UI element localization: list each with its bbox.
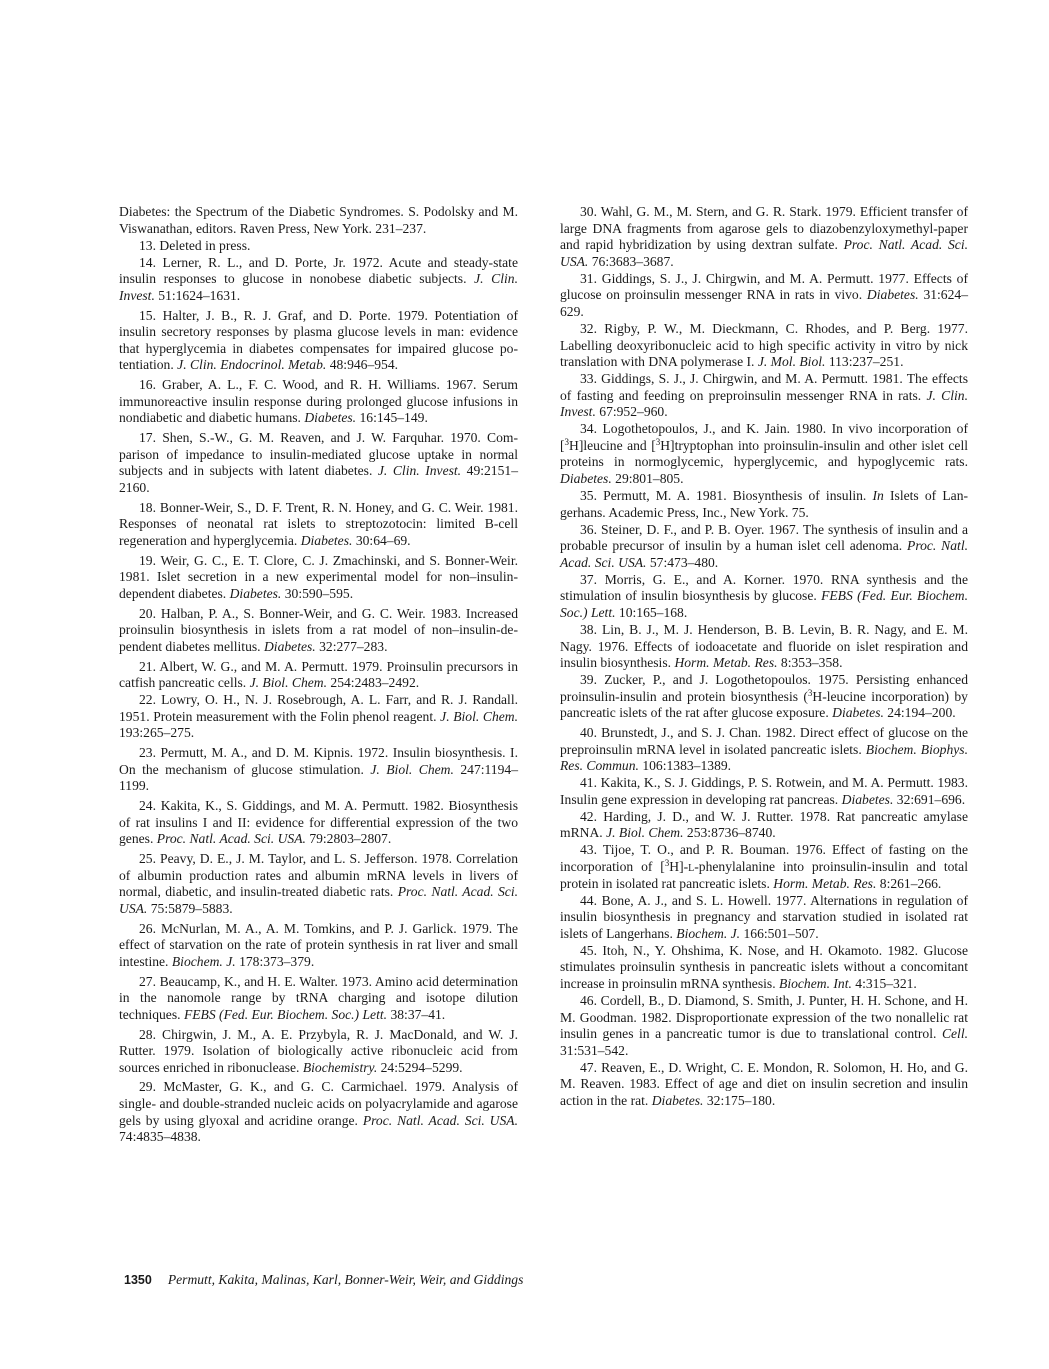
reference-citation: 57:473–480. bbox=[650, 555, 718, 570]
reference-citation: 8:261–266. bbox=[880, 876, 942, 891]
reference-20: 20. Halban, P. A., S. Bonner-Weir, and G… bbox=[119, 606, 518, 656]
reference-number: 33. bbox=[580, 371, 597, 386]
reference-number: 47. bbox=[580, 1060, 597, 1075]
reference-citation: 24:5294–5299. bbox=[381, 1060, 463, 1075]
reference-26: 26. McNurlan, M. A., A. M. Tomkins, and … bbox=[119, 921, 518, 971]
reference-citation: 48:946–954. bbox=[330, 357, 398, 372]
reference-citation: 253:8736–8740. bbox=[687, 825, 776, 840]
reference-18: 18. Bonner-Weir, S., D. F. Trent, R. N. … bbox=[119, 500, 518, 550]
reference-33: 33. Giddings, S. J., J. Chirgwin, and M.… bbox=[560, 371, 968, 421]
reference-number: 31. bbox=[580, 271, 597, 286]
reference-citation: 178:373–379. bbox=[239, 954, 314, 969]
reference-40: 40. Brunstedt, J., and S. J. Chan. 1982.… bbox=[560, 725, 968, 775]
journal-name: FEBS (Fed. Eur. Biochem. Soc.) Lett. bbox=[184, 1007, 387, 1022]
reference-citation: 193:265–275. bbox=[119, 725, 194, 740]
reference-24: 24. Kakita, K., S. Giddings, and M. A. P… bbox=[119, 798, 518, 848]
reference-citation: 32:175–180. bbox=[707, 1093, 775, 1108]
journal-name: Horm. Metab. Res. bbox=[674, 655, 777, 670]
journal-name: J. Biol. Chem. bbox=[440, 709, 518, 724]
reference-citation: 30:590–595. bbox=[285, 586, 353, 601]
reference-number: 37. bbox=[580, 572, 597, 587]
reference-text: Cordell, B., D. Diamond, S. Smith, J. Pu… bbox=[560, 993, 968, 1041]
reference-citation: 32:277–283. bbox=[319, 639, 387, 654]
journal-name: J. Biol. Chem. bbox=[250, 675, 327, 690]
reference-31: 31. Giddings, S. J., J. Chirgwin, and M.… bbox=[560, 271, 968, 321]
reference-22: 22. Lowry, O. H., N. J. Rosebrough, A. L… bbox=[119, 692, 518, 742]
journal-name: J. Biol. Chem. bbox=[370, 762, 454, 777]
reference-text: Permutt, M. A. 1981. Biosynthesis of ins… bbox=[603, 488, 866, 503]
reference-citation: 8:353–358. bbox=[781, 655, 843, 670]
journal-name: Diabetes. bbox=[867, 287, 919, 302]
reference-citation: 166:501–507. bbox=[743, 926, 818, 941]
journal-name: Diabetes. bbox=[560, 471, 612, 486]
reference-text: Permutt, M. A., and D. M. Kipnis. 1972. … bbox=[119, 745, 518, 777]
reference-19: 19. Weir, G. C., E. T. Clore, C. J. Zmac… bbox=[119, 553, 518, 603]
reference-17: 17. Shen, S.-W., G. M. Reaven, and J. W.… bbox=[119, 430, 518, 496]
reference-column-left: Diabetes: the Spectrum of the Diabetic S… bbox=[119, 204, 518, 1149]
reference-citation: 79:2803–2807. bbox=[309, 831, 391, 846]
reference-37: 37. Morris, G. E., and A. Korner. 1970. … bbox=[560, 572, 968, 622]
reference-citation: 254:2483–2492. bbox=[330, 675, 419, 690]
reference-42: 42. Harding, J. D., and W. J. Rutter. 19… bbox=[560, 809, 968, 842]
journal-name: Biochemistry. bbox=[303, 1060, 377, 1075]
reference-number: 45. bbox=[580, 943, 597, 958]
journal-name: Diabetes. bbox=[832, 705, 884, 720]
reference-number: 26. bbox=[139, 921, 156, 936]
reference-27: 27. Beaucamp, K., and H. E. Walter. 1973… bbox=[119, 974, 518, 1024]
reference-citation: 67:952–960. bbox=[599, 404, 667, 419]
journal-name: Proc. Natl. Acad. Sci. USA. bbox=[363, 1113, 518, 1128]
reference-34: 34. Logothetopoulos, J., and K. Jain. 19… bbox=[560, 421, 968, 487]
reference-number: 22. bbox=[139, 692, 156, 707]
reference-citation: 106:1383–1389. bbox=[642, 758, 731, 773]
journal-name: Biochem. J. bbox=[676, 926, 740, 941]
reference-number: 17. bbox=[139, 430, 156, 445]
reference-29: 29. McMaster, G. K., and G. C. Carmichae… bbox=[119, 1079, 518, 1145]
reference-46: 46. Cordell, B., D. Diamond, S. Smith, J… bbox=[560, 993, 968, 1059]
journal-name: Diabetes. bbox=[264, 639, 316, 654]
reference-citation: 16:145–149. bbox=[360, 410, 428, 425]
reference-number: 43. bbox=[580, 842, 597, 857]
reference-number: 14. bbox=[139, 255, 156, 270]
reference-number: 15. bbox=[139, 308, 156, 323]
journal-name: Horm. Metab. Res. bbox=[773, 876, 876, 891]
reference-44: 44. Bone, A. J., and S. L. Howell. 1977.… bbox=[560, 893, 968, 943]
reference-36: 36. Steiner, D. F., and P. B. Oyer. 1967… bbox=[560, 522, 968, 572]
reference-text: Lerner, R. L., and D. Porte, Jr. 1972. A… bbox=[119, 255, 518, 287]
reference-number: 13. bbox=[139, 238, 156, 253]
journal-name: Diabetes. bbox=[842, 792, 894, 807]
reference-number: 34. bbox=[580, 421, 597, 436]
reference-text: H]leucine and [ bbox=[569, 438, 656, 453]
reference-28: 28. Chirgwin, J. M., A. E. Przybyla, R. … bbox=[119, 1027, 518, 1077]
reference-number: 39. bbox=[580, 672, 597, 687]
reference-citation: 31:531–542. bbox=[560, 1043, 628, 1058]
reference-number: 27. bbox=[139, 974, 156, 989]
journal-name: J. Clin. Endocrinol. Metab. bbox=[177, 357, 326, 372]
reference-14: 14. Lerner, R. L., and D. Porte, Jr. 197… bbox=[119, 255, 518, 305]
reference-number: 25. bbox=[139, 851, 156, 866]
page-footer: 1350Permutt, Kakita, Malinas, Karl, Bonn… bbox=[124, 1272, 523, 1288]
reference-citation: 113:237–251. bbox=[829, 354, 904, 369]
reference-number: 46. bbox=[580, 993, 597, 1008]
reference-32: 32. Rigby, P. W., M. Dieckmann, C. Rhode… bbox=[560, 321, 968, 371]
reference-25: 25. Peavy, D. E., J. M. Taylor, and L. S… bbox=[119, 851, 518, 917]
reference-number: 29. bbox=[139, 1079, 156, 1094]
reference-38: 38. Lin, B. J., M. J. Henderson, B. B. L… bbox=[560, 622, 968, 672]
reference-text: Giddings, S. J., J. Chirgwin, and M. A. … bbox=[560, 371, 968, 403]
journal-name: Diabetes. bbox=[301, 533, 353, 548]
reference-number: 38. bbox=[580, 622, 597, 637]
journal-name: J. Clin. Invest. bbox=[378, 463, 461, 478]
reference-citation: 51:1624–1631. bbox=[158, 288, 240, 303]
reference-47: 47. Reaven, E., D. Wright, C. E. Mondon,… bbox=[560, 1060, 968, 1110]
reference-number: 44. bbox=[580, 893, 597, 908]
reference-number: 35. bbox=[580, 488, 597, 503]
reference-number: 24. bbox=[139, 798, 156, 813]
reference-23: 23. Permutt, M. A., and D. M. Kipnis. 19… bbox=[119, 745, 518, 795]
reference-text: Diabetes: the Spectrum of the Diabetic S… bbox=[119, 204, 518, 236]
running-head-authors: Permutt, Kakita, Malinas, Karl, Bonner-W… bbox=[168, 1272, 524, 1287]
reference-citation: 74:4835–4838. bbox=[119, 1129, 201, 1144]
reference-column-right: 30. Wahl, G. M., M. Stern, and G. R. Sta… bbox=[560, 204, 968, 1110]
journal-name: Diabetes. bbox=[652, 1093, 704, 1108]
journal-name: Cell. bbox=[942, 1026, 968, 1041]
reference-number: 20. bbox=[139, 606, 156, 621]
journal-name: Diabetes. bbox=[230, 586, 282, 601]
reference-45: 45. Itoh, N., Y. Ohshima, K. Nose, and H… bbox=[560, 943, 968, 993]
reference-citation: 29:801–805. bbox=[615, 471, 683, 486]
reference-number: 42. bbox=[580, 809, 597, 824]
reference-citation: 30:64–69. bbox=[356, 533, 411, 548]
reference-number: 16. bbox=[139, 377, 156, 392]
reference-citation: 4:315–321. bbox=[855, 976, 917, 991]
journal-name: Diabetes. bbox=[304, 410, 356, 425]
reference-16: 16. Graber, A. L., F. C. Wood, and R. H.… bbox=[119, 377, 518, 427]
journal-name: Biochem. Int. bbox=[779, 976, 852, 991]
reference-41: 41. Kakita, K., S. J. Giddings, P. S. Ro… bbox=[560, 775, 968, 808]
reference-number: 18. bbox=[139, 500, 156, 515]
reference-citation: 75:5879–5883. bbox=[151, 901, 233, 916]
reference-number: 36. bbox=[580, 522, 597, 537]
journal-name: J. Mol. Biol. bbox=[758, 354, 826, 369]
reference-citation: 76:3683–3687. bbox=[592, 254, 674, 269]
journal-name: In bbox=[873, 488, 884, 503]
reference-number: 41. bbox=[580, 775, 597, 790]
reference-number: 21. bbox=[139, 659, 156, 674]
reference-13: 13. Deleted in press. bbox=[119, 238, 518, 255]
reference-21: 21. Albert, W. G., and M. A. Permutt. 19… bbox=[119, 659, 518, 692]
journal-name: Proc. Natl. Acad. Sci. USA. bbox=[157, 831, 306, 846]
reference-citation: 32:691–696. bbox=[897, 792, 965, 807]
reference-number: 32. bbox=[580, 321, 597, 336]
reference-12-continued: Diabetes: the Spectrum of the Diabetic S… bbox=[119, 204, 518, 237]
journal-name: Biochem. J. bbox=[172, 954, 236, 969]
reference-text: H]- bbox=[669, 859, 688, 874]
reference-number: 19. bbox=[139, 553, 156, 568]
journal-name: J. Biol. Chem. bbox=[606, 825, 683, 840]
reference-15: 15. Halter, J. B., R. J. Graf, and D. Po… bbox=[119, 308, 518, 374]
reference-number: 23. bbox=[139, 745, 156, 760]
reference-39: 39. Zucker, P., and J. Logothetopoulos. … bbox=[560, 672, 968, 722]
reference-citation: 10:165–168. bbox=[619, 605, 687, 620]
reference-text: Deleted in press. bbox=[159, 238, 250, 253]
reference-number: 30. bbox=[580, 204, 597, 219]
reference-number: 40. bbox=[580, 725, 597, 740]
reference-30: 30. Wahl, G. M., M. Stern, and G. R. Sta… bbox=[560, 204, 968, 270]
reference-citation: 38:37–41. bbox=[390, 1007, 445, 1022]
reference-35: 35. Permutt, M. A. 1981. Biosynthesis of… bbox=[560, 488, 968, 521]
page-number: 1350 bbox=[124, 1273, 152, 1287]
reference-43: 43. Tijoe, T. O., and P. R. Bouman. 1976… bbox=[560, 842, 968, 892]
reference-number: 28. bbox=[139, 1027, 156, 1042]
reference-citation: 24:194–200. bbox=[887, 705, 955, 720]
